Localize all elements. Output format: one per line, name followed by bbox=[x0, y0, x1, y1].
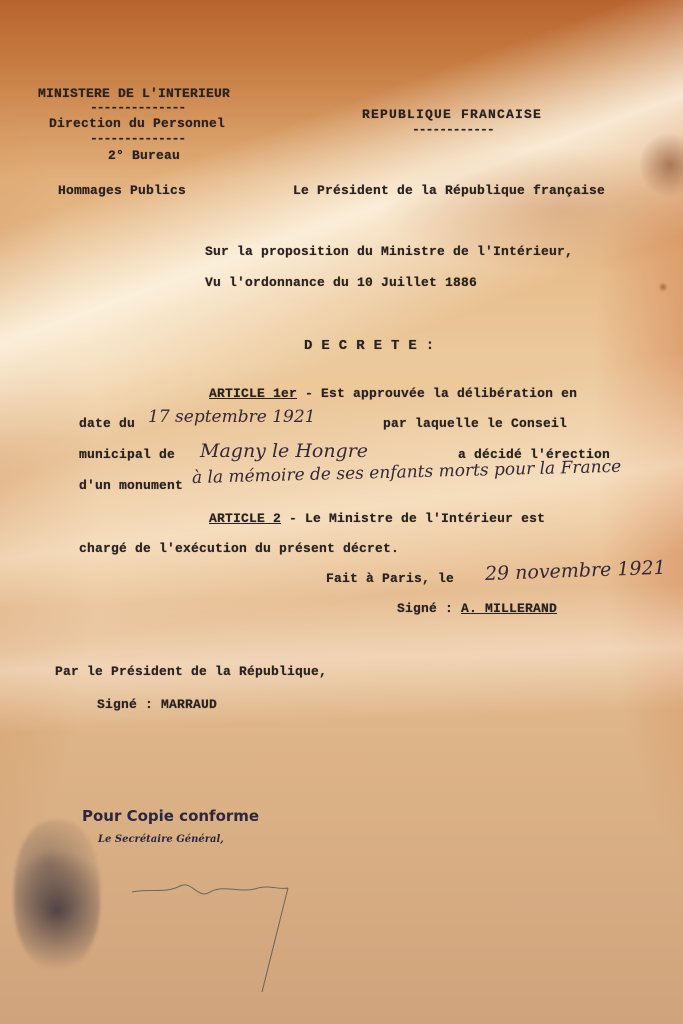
divider: ------------ bbox=[412, 122, 494, 137]
article-1-line-2-suffix: par laquelle le Conseil bbox=[383, 416, 567, 431]
article-1-line-4-prefix: d'un monument bbox=[79, 478, 183, 493]
article-1-line-2-prefix: date du bbox=[79, 416, 135, 431]
article-1-label: ARTICLE 1er bbox=[209, 386, 297, 401]
signed-label: Signé : bbox=[97, 697, 153, 712]
ministry-title: MINISTERE DE L'INTERIEUR bbox=[38, 86, 230, 101]
article-1-line-1: ARTICLE 1er - Est approuvée la délibérat… bbox=[209, 386, 577, 401]
president-line: Le Président de la République française bbox=[293, 183, 605, 198]
stamp-copy-conform: Pour Copie conforme bbox=[82, 807, 259, 825]
subject-title: Hommages Publics bbox=[58, 183, 186, 198]
president-signature: Signé : A. MILLERAND bbox=[397, 601, 557, 616]
divider: -------------- bbox=[90, 100, 185, 115]
proposal-line: Sur la proposition du Ministre de l'Inté… bbox=[205, 244, 573, 259]
decree-title: DECRETE: bbox=[304, 338, 443, 354]
handwritten-commune: Magny le Hongre bbox=[200, 440, 368, 462]
signed-name: A. MILLERAND bbox=[461, 601, 557, 616]
ink-stain bbox=[658, 282, 668, 292]
divider: -------------- bbox=[90, 131, 185, 146]
article-2-line-2: chargé de l'exécution du présent décret. bbox=[79, 541, 399, 556]
article-2-line-1: ARTICLE 2 - Le Ministre de l'Intérieur e… bbox=[209, 511, 545, 526]
article-2-text: - Le Ministre de l'Intérieur est bbox=[289, 511, 545, 526]
republic-title: REPUBLIQUE FRANCAISE bbox=[362, 107, 542, 122]
by-president-line: Par le Président de la République, bbox=[55, 664, 327, 679]
done-at-paris: Fait à Paris, le bbox=[326, 571, 454, 586]
ordinance-line: Vu l'ordonnance du 10 Juillet 1886 bbox=[205, 275, 477, 290]
handwritten-signature bbox=[130, 880, 300, 1000]
direction-title: Direction du Personnel bbox=[49, 116, 225, 131]
bureau-title: 2° Bureau bbox=[108, 148, 180, 163]
minister-signature: Signé : MARRAUD bbox=[97, 697, 217, 712]
official-seal-stamp bbox=[14, 820, 100, 970]
article-2-label: ARTICLE 2 bbox=[209, 511, 281, 526]
signed-name: MARRAUD bbox=[161, 697, 217, 712]
handwritten-deliberation-date: 17 septembre 1921 bbox=[148, 407, 315, 427]
stamp-secretary-general: Le Secrétaire Général, bbox=[98, 834, 224, 845]
signed-label: Signé : bbox=[397, 601, 453, 616]
article-1-text: - Est approuvée la délibération en bbox=[305, 386, 577, 401]
article-1-line-3-prefix: municipal de bbox=[79, 447, 175, 462]
